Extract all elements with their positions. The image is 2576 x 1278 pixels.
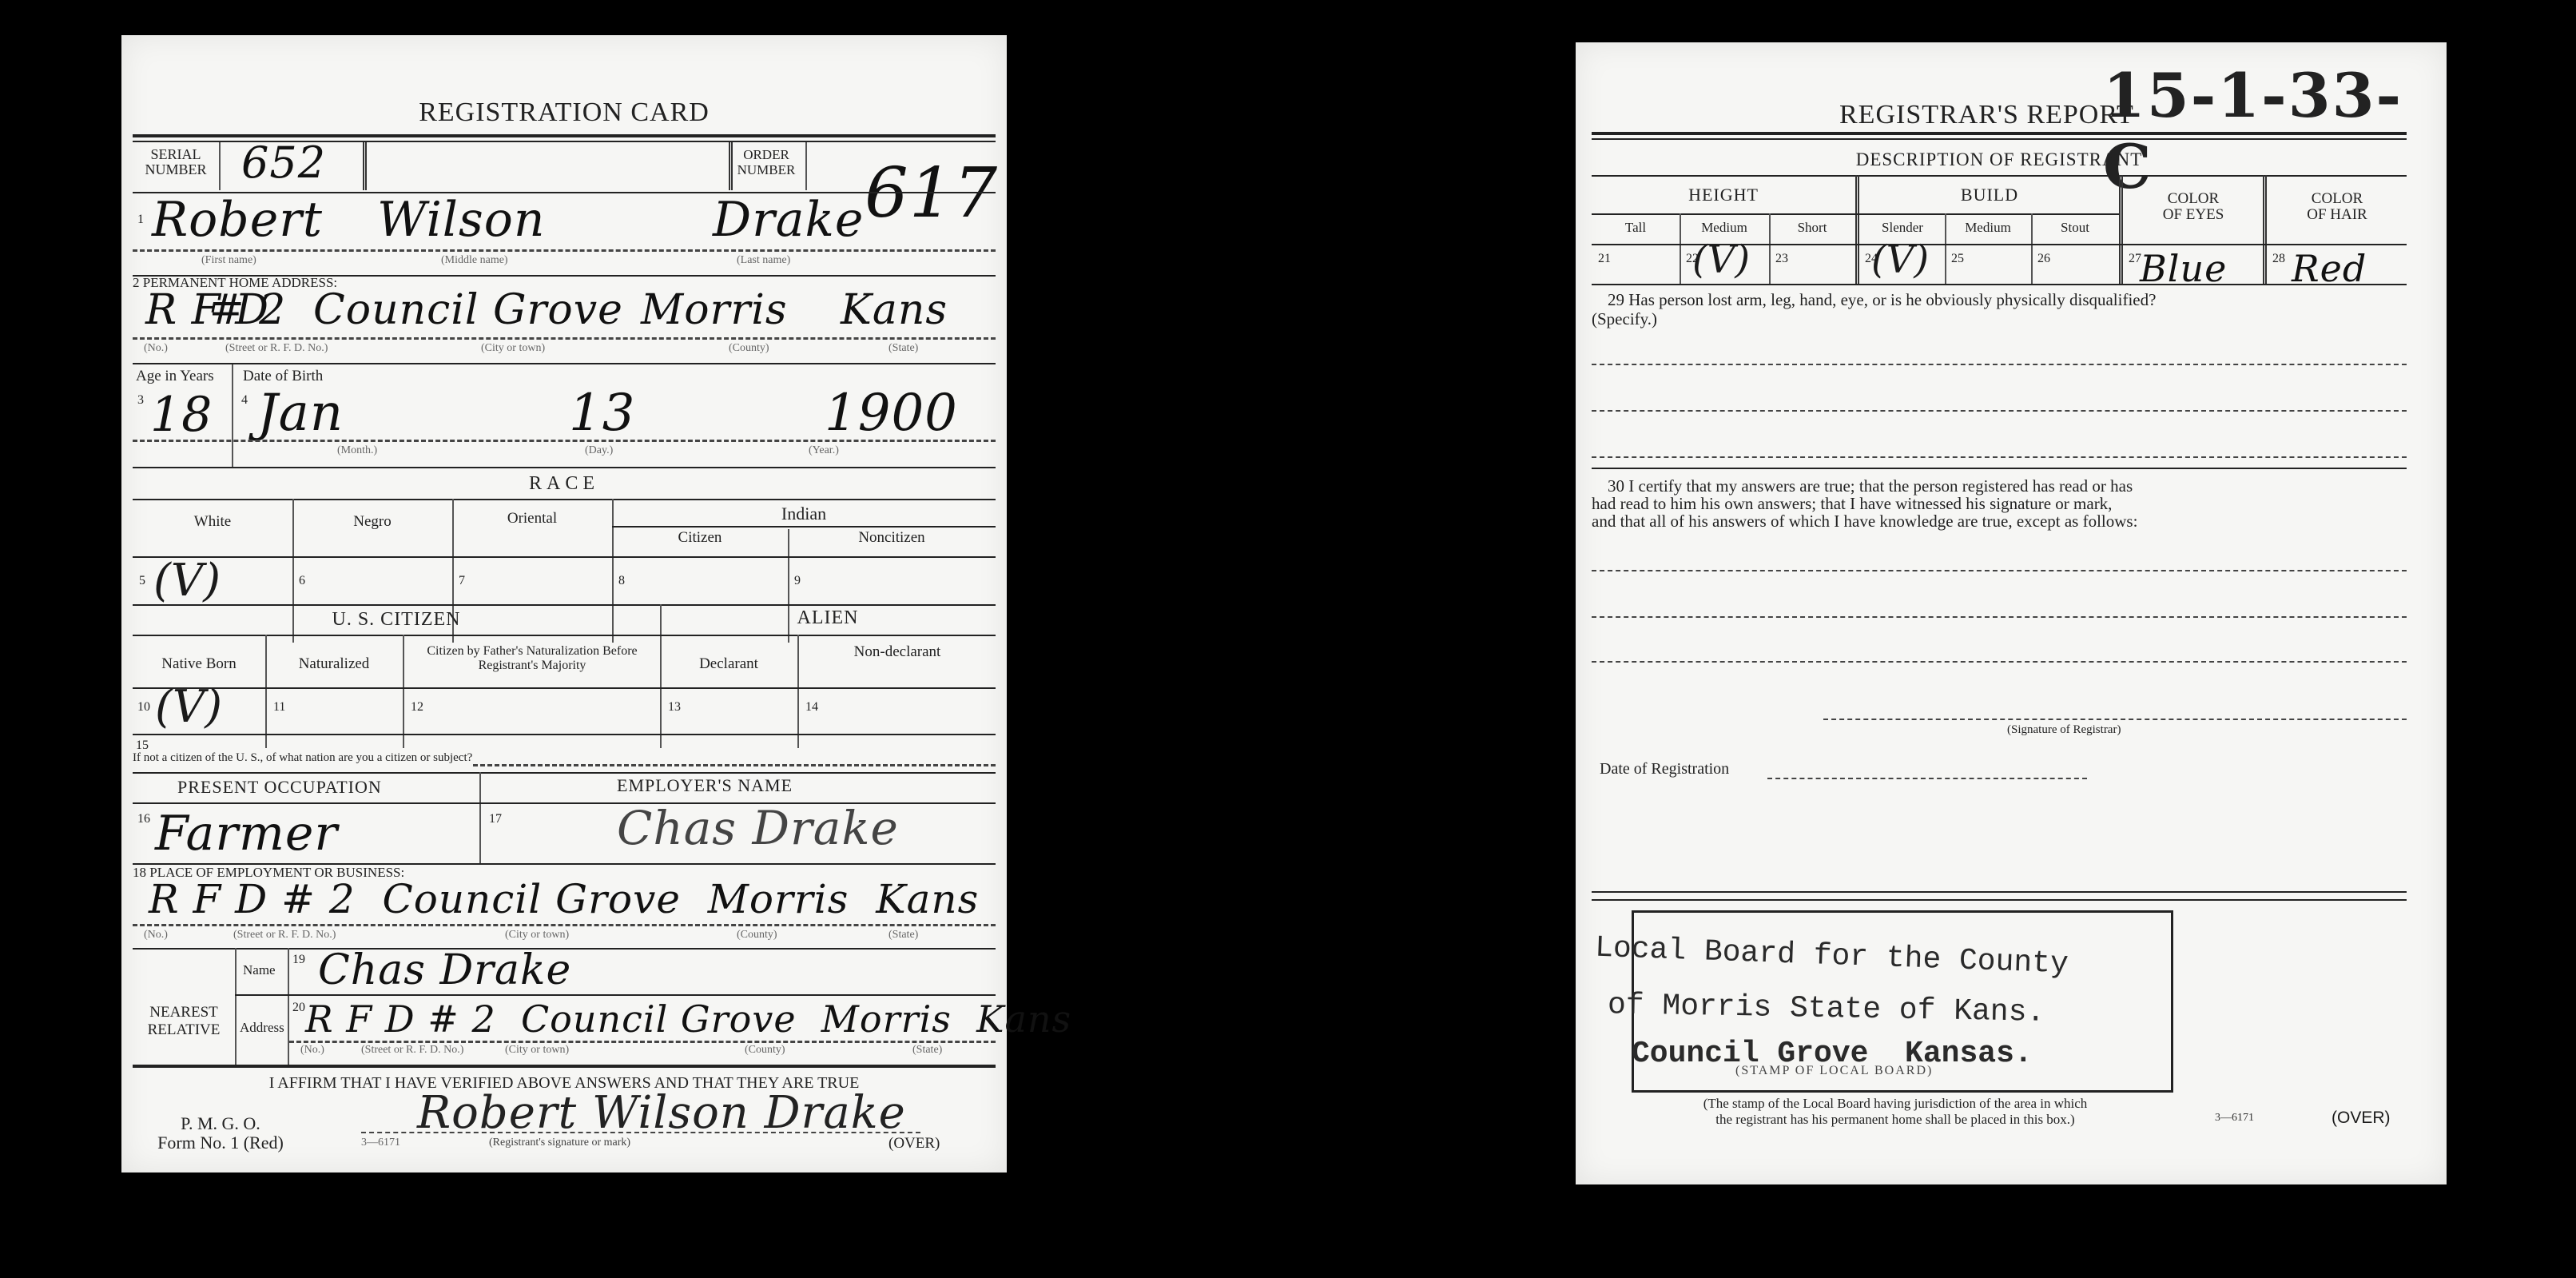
citizen-col-naturalized: Naturalized <box>265 655 403 673</box>
native-born-checkmark: (V) <box>155 681 222 733</box>
age-label: Age in Years <box>136 368 214 385</box>
alien-col-declarant: Declarant <box>660 655 797 673</box>
build-heading: BUILD <box>1860 185 2119 205</box>
middle-name-value: Wilson <box>377 192 546 248</box>
dob-year-value: 1900 <box>825 384 958 443</box>
serial-number-label: SERIAL NUMBER <box>136 147 216 177</box>
dob-month-value: Jan <box>257 384 344 443</box>
eye-color-heading: COLOR OF EYES <box>2124 191 2263 223</box>
order-number-value: 617 <box>865 153 998 233</box>
hair-color-heading: COLOR OF HAIR <box>2268 191 2407 223</box>
dob-day-value: 13 <box>569 384 635 443</box>
alien-col-nondeclarant: Non-declarant <box>805 644 989 660</box>
home-address-city: Council Grove <box>313 286 623 334</box>
q30-exception-line <box>1592 661 2407 663</box>
race-col-negro: Negro <box>292 513 452 531</box>
age-value: 18 <box>150 387 213 443</box>
race-col-oriental: Oriental <box>452 510 612 528</box>
nearest-relative-label: NEAREST RELATIVE <box>133 1004 235 1039</box>
registrar-report-title: REGISTRAR'S REPORT <box>1839 100 2134 130</box>
registration-card-front: REGISTRATION CARD SERIAL NUMBER 652 ORDE… <box>121 35 1007 1172</box>
height-medium-checkmark: (V) <box>1692 237 1750 282</box>
occupation-heading: PRESENT OCCUPATION <box>177 777 382 798</box>
citizen-col-by-father: Citizen by Father's Naturalization Befor… <box>406 644 658 673</box>
q15-nation-question: If not a citizen of the U. S., of what n… <box>133 751 472 765</box>
employment-address-value: R F D # 2 Council Grove Morris Kans <box>149 876 979 922</box>
stamp-instructions: (The stamp of the Local Board having jur… <box>1608 1096 2183 1128</box>
us-citizen-heading: U. S. CITIZEN <box>133 609 660 631</box>
occupation-value: Farmer <box>155 806 338 862</box>
order-number-label: ORDER NUMBER <box>730 147 802 177</box>
q29-answer-line <box>1592 364 2407 365</box>
race-col-indian-noncitizen: Noncitizen <box>788 529 996 547</box>
race-heading: RACE <box>121 473 1007 495</box>
race-white-checkmark: (V) <box>153 555 221 607</box>
q29-answer-line <box>1592 456 2407 458</box>
registrar-signature-line <box>1823 719 2407 720</box>
date-of-registration-field <box>1767 778 2087 779</box>
home-address-county: Morris <box>641 286 788 334</box>
registration-card-back: REGISTRAR'S REPORT 15-1-33-C DESCRIPTION… <box>1576 42 2447 1184</box>
stamped-serial-number: 15-1-33-C <box>2103 60 2447 202</box>
card-title: REGISTRATION CARD <box>121 98 1007 128</box>
alien-heading: ALIEN <box>660 607 996 629</box>
nearest-relative-address: R F D # 2 Council Grove Morris Kans <box>305 997 1071 1041</box>
q30-exception-line <box>1592 570 2407 571</box>
dob-label: Date of Birth <box>243 368 323 385</box>
q29-disqualification-question: 29 Has person lost arm, leg, hand, eye, … <box>1608 290 2156 310</box>
race-indian-heading: Indian <box>612 504 996 524</box>
first-name-value: Robert <box>152 192 323 248</box>
serial-number-value: 652 <box>241 137 326 188</box>
employer-value: Chas Drake <box>617 801 899 855</box>
last-name-value: Drake <box>713 192 864 248</box>
race-col-white: White <box>133 513 292 531</box>
description-heading: DESCRIPTION OF REGISTRANT <box>1592 149 2407 170</box>
home-address-street: # 2 <box>209 286 286 334</box>
build-slender-checkmark: (V) <box>1871 237 1929 282</box>
q30-exception-line <box>1592 616 2407 618</box>
citizen-col-native-born: Native Born <box>133 655 265 673</box>
pmgo-label: P. M. G. O. Form No. 1 (Red) <box>133 1114 308 1153</box>
race-col-indian-citizen: Citizen <box>612 529 788 547</box>
q30-certification-text: 30 I certify that my answers are true; t… <box>1592 477 2407 530</box>
employer-heading: EMPLOYER'S NAME <box>617 775 793 796</box>
home-address-state: Kans <box>841 286 948 334</box>
nearest-relative-name: Chas Drake <box>318 946 571 994</box>
height-heading: HEIGHT <box>1592 185 1855 205</box>
q29-answer-line <box>1592 410 2407 412</box>
